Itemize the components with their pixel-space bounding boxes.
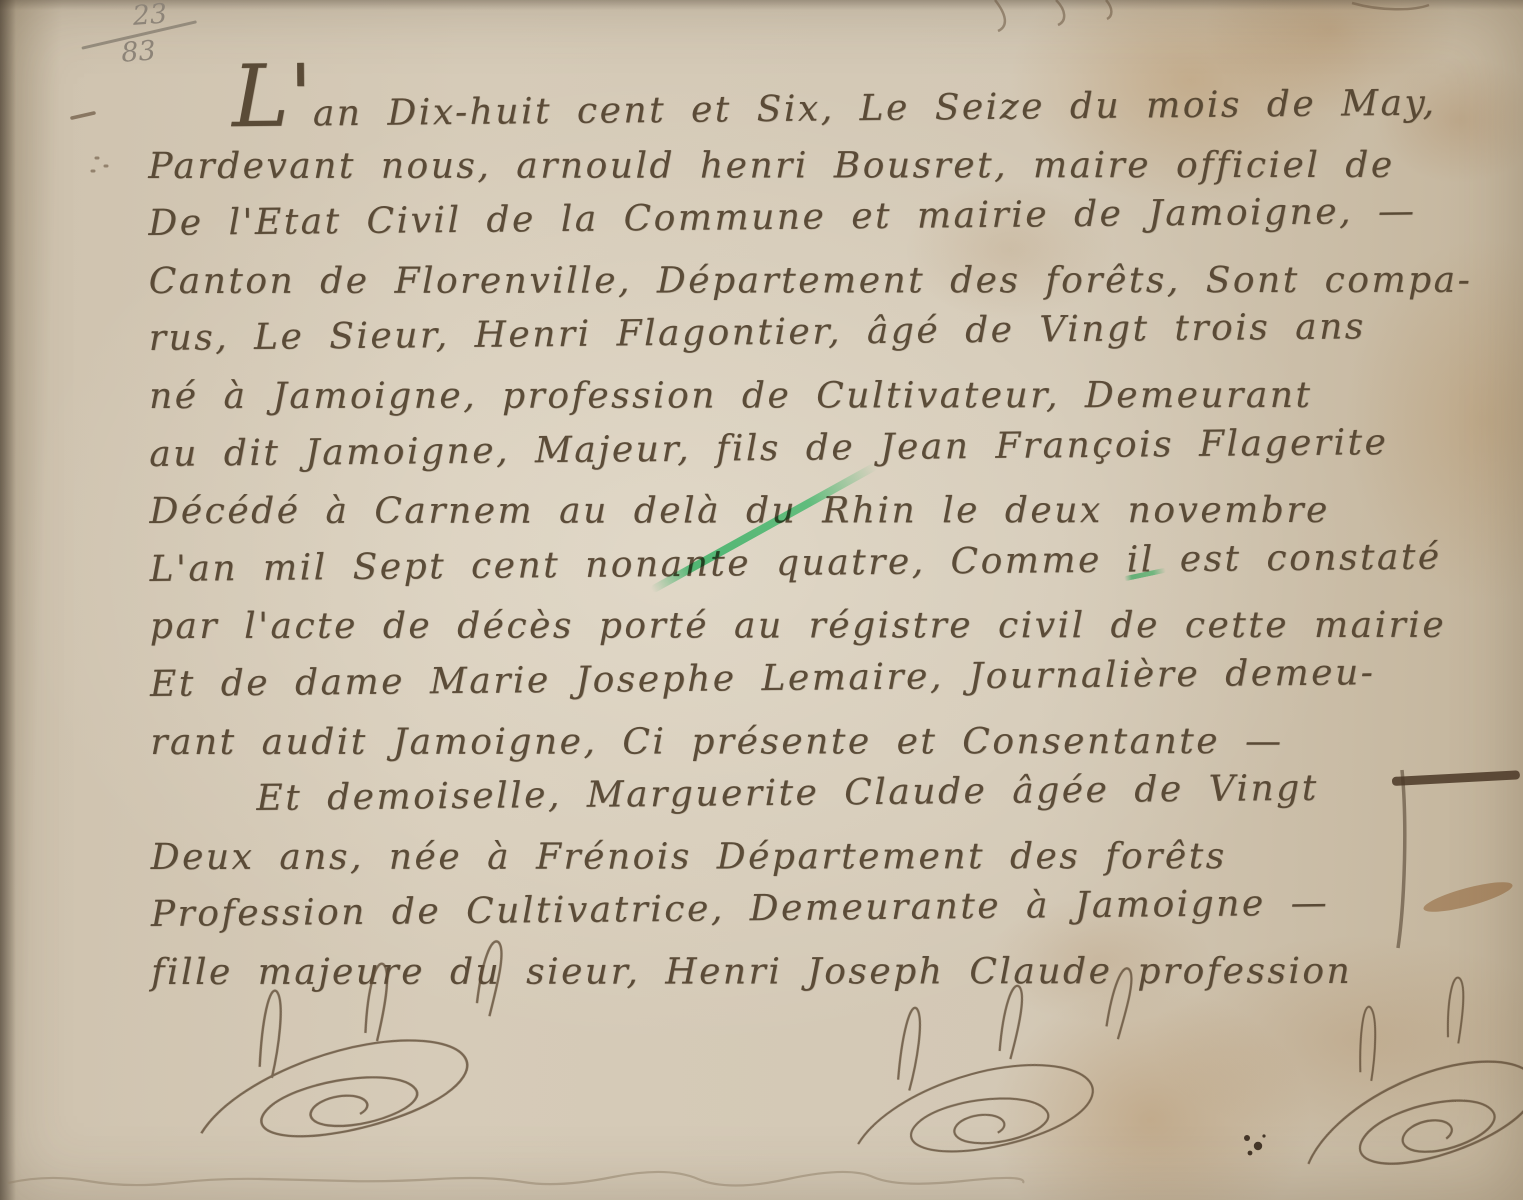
page-top-shadow bbox=[0, 0, 1523, 10]
manuscript-line: rus, Le Sieur, Henri Flagontier, âgé de … bbox=[149, 305, 1521, 376]
manuscript-line: Et de dame Marie Josephe Lemaire, Journa… bbox=[150, 651, 1522, 722]
manuscript-page: 23 83 L'an Dix-huit cent et Six, Le Seiz… bbox=[0, 0, 1523, 1200]
margin-tick bbox=[72, 113, 107, 171]
manuscript-line: Profession de Cultivatrice, Demeurante à… bbox=[151, 881, 1523, 952]
manuscript-line: fille majeure du sieur, Henri Joseph Cla… bbox=[151, 951, 1523, 1010]
page-number-denominator: 83 bbox=[120, 34, 200, 66]
page-edge-shadow bbox=[0, 0, 16, 1200]
manuscript-line: L'an Dix-huit cent et Six, Le Seize du m… bbox=[148, 75, 1520, 146]
page-number-numerator: 23 bbox=[132, 0, 198, 30]
bottom-wavy-line bbox=[8, 1172, 1023, 1186]
ink-spot-cluster bbox=[1244, 1134, 1266, 1155]
manuscript-line: Et demoiselle, Marguerite Claude âgée de… bbox=[150, 766, 1522, 837]
manuscript-line: De l'Etat Civil de la Commune et mairie … bbox=[148, 190, 1520, 261]
page-number-fraction: 23 83 bbox=[92, 0, 200, 68]
manuscript-text: L'an Dix-huit cent et Six, Le Seize du m… bbox=[148, 83, 1523, 1009]
manuscript-line: L'an mil Sept cent nonante quatre, Comme… bbox=[149, 536, 1521, 607]
